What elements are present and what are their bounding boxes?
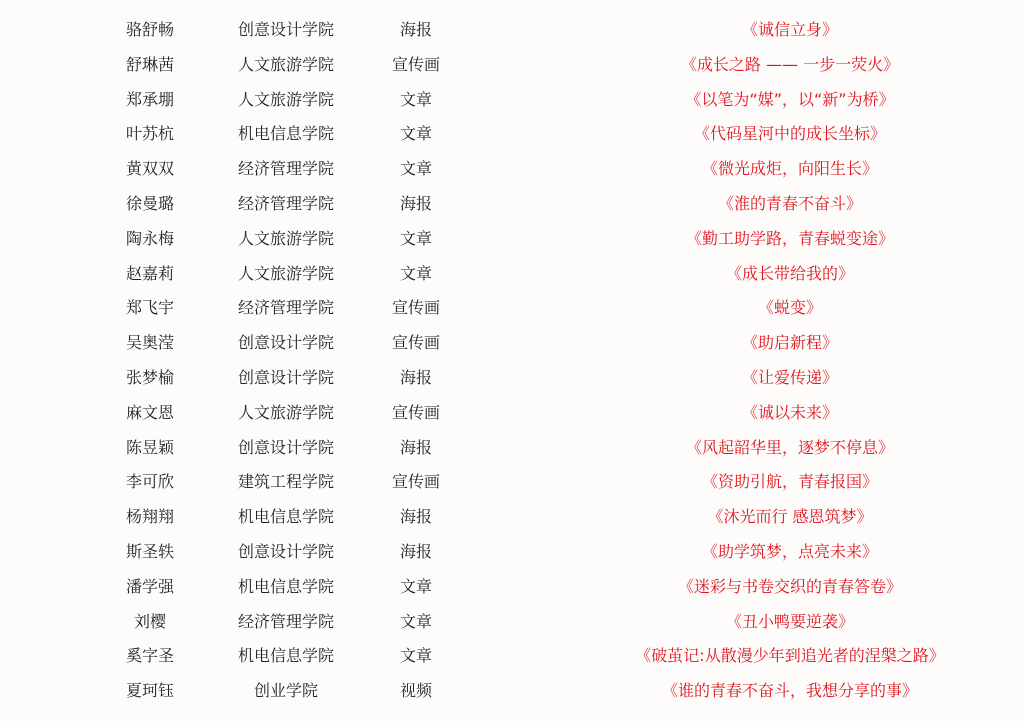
table-row: 陈昱颖 创意设计学院 海报 《风起韶华里，逐梦不停息》 [0, 431, 1024, 466]
work-type: 文章 [366, 83, 466, 118]
work-title: 《成长带给我的》 [590, 257, 990, 292]
work-title: 《以笔为“媒”，以“新”为桥》 [590, 83, 990, 118]
work-type: 视频 [366, 674, 466, 709]
student-name: 陈昱颖 [100, 431, 200, 466]
table-row: 刘樱 经济管理学院 文章 《丑小鸭要逆袭》 [0, 605, 1024, 640]
student-name: 赵嘉莉 [100, 257, 200, 292]
work-title: 《让爱传递》 [590, 361, 990, 396]
college-name: 机电信息学院 [216, 639, 356, 674]
work-type: 宣传画 [366, 326, 466, 361]
work-title: 《成长之路 —— 一步一荧火》 [590, 48, 990, 83]
table-row: 陶永梅 人文旅游学院 文章 《勤工助学路，青春蜕变途》 [0, 222, 1024, 257]
student-name: 奚字圣 [100, 639, 200, 674]
college-name: 机电信息学院 [216, 500, 356, 535]
work-type: 海报 [366, 431, 466, 466]
work-type: 文章 [366, 570, 466, 605]
college-name: 创业学院 [216, 674, 356, 709]
work-type: 文章 [366, 257, 466, 292]
student-name: 郑飞宇 [100, 291, 200, 326]
work-title: 《淮的青春不奋斗》 [590, 187, 990, 222]
student-name: 刘樱 [100, 605, 200, 640]
table-row: 斯圣轶 创意设计学院 海报 《助学筑梦，点亮未来》 [0, 535, 1024, 570]
college-name: 创意设计学院 [216, 361, 356, 396]
table-row: 骆舒畅 创意设计学院 海报 《诚信立身》 [0, 13, 1024, 48]
table-row: 张梦榆 创意设计学院 海报 《让爱传递》 [0, 361, 1024, 396]
table-row: 杨翔翔 机电信息学院 海报 《沐光而行 感恩筑梦》 [0, 500, 1024, 535]
student-name: 舒琳茜 [100, 48, 200, 83]
work-title: 《诚以未来》 [590, 396, 990, 431]
college-name: 机电信息学院 [216, 570, 356, 605]
college-name: 经济管理学院 [216, 152, 356, 187]
college-name: 创意设计学院 [216, 326, 356, 361]
college-name: 创意设计学院 [216, 535, 356, 570]
college-name: 人文旅游学院 [216, 222, 356, 257]
table-row: 奚字圣 机电信息学院 文章 《破茧记:从散漫少年到追光者的涅槃之路》 [0, 639, 1024, 674]
work-type: 文章 [366, 152, 466, 187]
work-type: 宣传画 [366, 291, 466, 326]
college-name: 机电信息学院 [216, 117, 356, 152]
table-row: 李可欣 建筑工程学院 宣传画 《资助引航，青春报国》 [0, 465, 1024, 500]
table-row: 夏珂钰 创业学院 视频 《谁的青春不奋斗，我想分享的事》 [0, 674, 1024, 709]
table-row: 赵嘉莉 人文旅游学院 文章 《成长带给我的》 [0, 257, 1024, 292]
student-name: 潘学强 [100, 570, 200, 605]
work-type: 文章 [366, 117, 466, 152]
work-type: 文章 [366, 605, 466, 640]
college-name: 建筑工程学院 [216, 465, 356, 500]
student-name: 夏珂钰 [100, 674, 200, 709]
work-title: 《沐光而行 感恩筑梦》 [590, 500, 990, 535]
work-title: 《微光成炬，向阳生长》 [590, 152, 990, 187]
work-title: 《诚信立身》 [590, 13, 990, 48]
table-row: 黄双双 经济管理学院 文章 《微光成炬，向阳生长》 [0, 152, 1024, 187]
work-title: 《助学筑梦，点亮未来》 [590, 535, 990, 570]
student-name: 吴奥滢 [100, 326, 200, 361]
work-title: 《风起韶华里，逐梦不停息》 [590, 431, 990, 466]
work-type: 宣传画 [366, 465, 466, 500]
work-title: 《丑小鸭要逆袭》 [590, 605, 990, 640]
work-type: 宣传画 [366, 396, 466, 431]
work-type: 海报 [366, 361, 466, 396]
work-title: 《迷彩与书卷交织的青春答卷》 [590, 570, 990, 605]
student-name: 郑承堋 [100, 83, 200, 118]
student-name: 叶苏杭 [100, 117, 200, 152]
college-name: 创意设计学院 [216, 431, 356, 466]
college-name: 人文旅游学院 [216, 396, 356, 431]
work-type: 海报 [366, 500, 466, 535]
work-type: 宣传画 [366, 48, 466, 83]
student-name: 麻文恩 [100, 396, 200, 431]
entries-table: 骆舒畅 创意设计学院 海报 《诚信立身》 舒琳茜 人文旅游学院 宣传画 《成长之… [0, 13, 1024, 709]
work-title: 《资助引航，青春报国》 [590, 465, 990, 500]
table-row: 吴奥滢 创意设计学院 宣传画 《助启新程》 [0, 326, 1024, 361]
student-name: 杨翔翔 [100, 500, 200, 535]
table-row: 叶苏杭 机电信息学院 文章 《代码星河中的成长坐标》 [0, 117, 1024, 152]
work-type: 海报 [366, 535, 466, 570]
student-name: 张梦榆 [100, 361, 200, 396]
work-type: 海报 [366, 187, 466, 222]
work-title: 《破茧记:从散漫少年到追光者的涅槃之路》 [590, 639, 990, 674]
college-name: 创意设计学院 [216, 13, 356, 48]
work-type: 文章 [366, 222, 466, 257]
college-name: 人文旅游学院 [216, 48, 356, 83]
work-title: 《代码星河中的成长坐标》 [590, 117, 990, 152]
table-row: 郑飞宇 经济管理学院 宣传画 《蜕变》 [0, 291, 1024, 326]
work-title: 《谁的青春不奋斗，我想分享的事》 [590, 674, 990, 709]
table-row: 舒琳茜 人文旅游学院 宣传画 《成长之路 —— 一步一荧火》 [0, 48, 1024, 83]
student-name: 斯圣轶 [100, 535, 200, 570]
student-name: 陶永梅 [100, 222, 200, 257]
table-row: 郑承堋 人文旅游学院 文章 《以笔为“媒”，以“新”为桥》 [0, 83, 1024, 118]
work-type: 文章 [366, 639, 466, 674]
student-name: 黄双双 [100, 152, 200, 187]
table-row: 潘学强 机电信息学院 文章 《迷彩与书卷交织的青春答卷》 [0, 570, 1024, 605]
college-name: 经济管理学院 [216, 187, 356, 222]
table-row: 徐曼璐 经济管理学院 海报 《淮的青春不奋斗》 [0, 187, 1024, 222]
work-title: 《助启新程》 [590, 326, 990, 361]
work-title: 《勤工助学路，青春蜕变途》 [590, 222, 990, 257]
student-name: 徐曼璐 [100, 187, 200, 222]
college-name: 人文旅游学院 [216, 257, 356, 292]
student-name: 李可欣 [100, 465, 200, 500]
student-name: 骆舒畅 [100, 13, 200, 48]
college-name: 经济管理学院 [216, 605, 356, 640]
college-name: 人文旅游学院 [216, 83, 356, 118]
work-type: 海报 [366, 13, 466, 48]
work-title: 《蜕变》 [590, 291, 990, 326]
college-name: 经济管理学院 [216, 291, 356, 326]
table-row: 麻文恩 人文旅游学院 宣传画 《诚以未来》 [0, 396, 1024, 431]
